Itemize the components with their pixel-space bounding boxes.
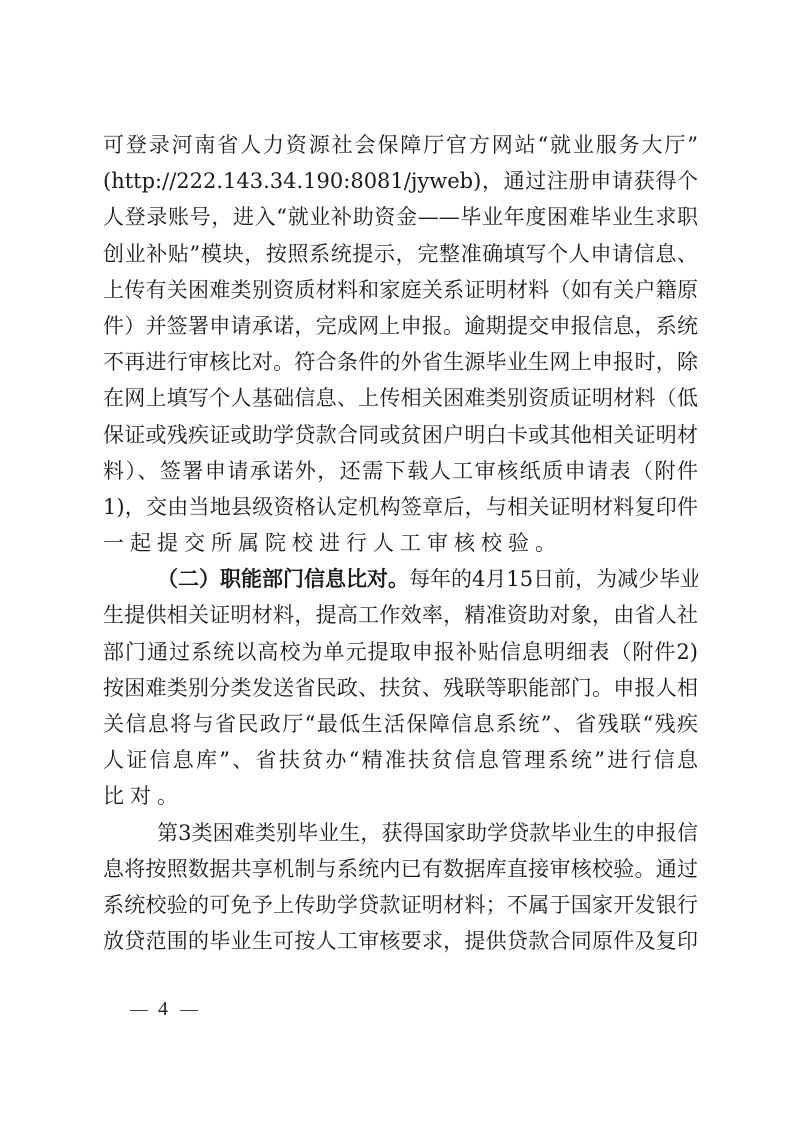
text-line: 不再进行审核比对。符合条件的外省生源毕业生网上申报时，除 — [103, 344, 698, 380]
text-line: 料）、签署申请承诺外，还需下载人工审核纸质申请表（附件 — [103, 453, 698, 489]
text-line: 按困难类别分类发送省民政、扶贫、残联等职能部门。申报人相 — [103, 670, 698, 706]
text-line: 创业补贴”模块，按照系统提示，完整准确填写个人申请信息、 — [103, 236, 698, 272]
text-line: 人证信息库”、省扶贫办“精准扶贫信息管理系统”进行信息 — [103, 742, 698, 778]
text-line: 可登录河南省人力资源社会保障厅官方网站“就业服务大厅” — [103, 127, 698, 163]
text-line: 人登录账号，进入“就业补助资金——毕业年度困难毕业生求职 — [103, 199, 698, 235]
text-line: 息将按照数据共享机制与系统内已有数据库直接审核校验。通过 — [103, 851, 698, 887]
text-line: 比对。 — [103, 778, 698, 814]
document-page: 可登录河南省人力资源社会保障厅官方网站“就业服务大厅” (http://222.… — [0, 0, 793, 1122]
page-number-value: 4 — [158, 998, 170, 1020]
text-line: 部门通过系统以高校为单元提取申报补贴信息明细表（附件2) — [103, 634, 698, 670]
text-line: 在网上填写个人基础信息、上传相关困难类别资质证明材料（低 — [103, 380, 698, 416]
text-line: 件）并签署申请承诺，完成网上申报。逾期提交申报信息，系统 — [103, 308, 698, 344]
text-line: 第3类困难类别毕业生，获得国家助学贷款毕业生的申报信 — [103, 815, 698, 851]
text-line: 生提供相关证明材料，提高工作效率，精准资助对象，由省人社 — [103, 597, 698, 633]
section-heading: （二）职能部门信息比对。 — [157, 566, 409, 591]
text-line: 1)，交由当地县级资格认定机构签章后，与相关证明材料复印件 — [103, 489, 698, 525]
text-line: 保证或残疾证或助学贷款合同或贫困户明白卡或其他相关证明材 — [103, 417, 698, 453]
page-number: 4 — [120, 998, 208, 1021]
dash-right — [180, 1010, 198, 1011]
text-run: 每年的4月15日前，为减少毕业 — [409, 567, 698, 591]
section-heading-line: （二）职能部门信息比对。每年的4月15日前，为减少毕业 — [103, 561, 698, 597]
text-line: 关信息将与省民政厅“最低生活保障信息系统”、省残联“残疾 — [103, 706, 698, 742]
text-line: 系统校验的可免予上传助学贷款证明材料；不属于国家开发银行 — [103, 887, 698, 923]
dash-left — [130, 1010, 148, 1011]
text-line: 上传有关困难类别资质材料和家庭关系证明材料（如有关户籍原 — [103, 272, 698, 308]
text-line: (http://222.143.34.190:8081/jyweb)，通过注册申… — [103, 163, 698, 199]
text-line: 放贷范围的毕业生可按人工审核要求，提供贷款合同原件及复印 — [103, 923, 698, 959]
body-text: 可登录河南省人力资源社会保障厅官方网站“就业服务大厅” (http://222.… — [103, 127, 698, 959]
text-line: 一起提交所属院校进行人工审核校验。 — [103, 525, 698, 561]
